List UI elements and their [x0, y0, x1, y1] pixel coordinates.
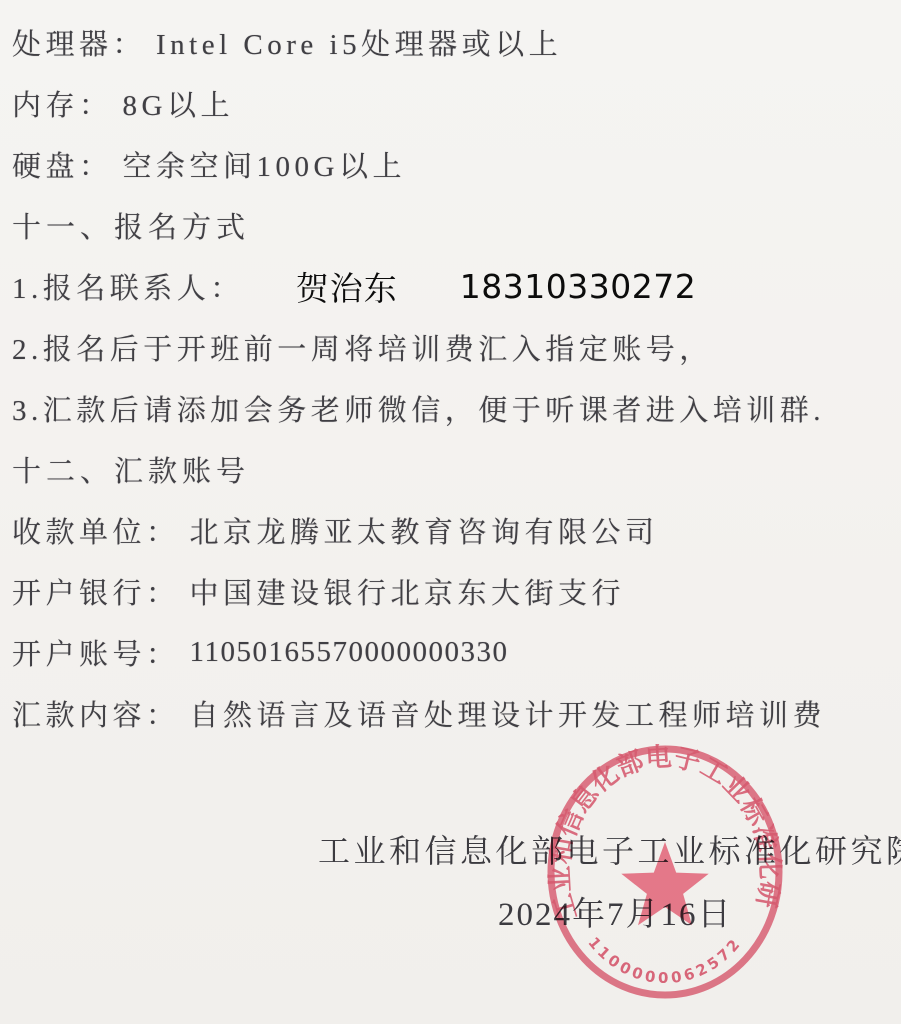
account-line: 开户账号： 11050165570000000330	[12, 622, 901, 683]
account-label: 开户账号：	[12, 632, 180, 673]
spec-value-processor: Intel Core i5处理器或以上	[156, 22, 562, 63]
scanned-document-page: 处理器： Intel Core i5处理器或以上 内存： 8G以上 硬盘： 空余…	[0, 0, 901, 1024]
contact-name: 贺治东	[296, 263, 398, 310]
contact-label: 1.报名联系人：	[12, 266, 244, 307]
account-number: 11050165570000000330	[190, 636, 509, 669]
document-body: 处理器： Intel Core i5处理器或以上 内存： 8G以上 硬盘： 空余…	[12, 12, 901, 744]
payee-line: 收款单位： 北京龙腾亚太教育咨询有限公司	[12, 500, 901, 561]
spec-label-disk: 硬盘：	[12, 144, 113, 185]
bank-label: 开户银行：	[12, 571, 180, 612]
spec-line-memory: 内存： 8G以上	[12, 73, 901, 134]
spec-line-disk: 硬盘： 空余空间100G以上	[12, 134, 901, 195]
registration-item-3: 3.汇款后请添加会务老师微信，便于听课者进入培训群.	[12, 378, 901, 439]
spec-value-memory: 8G以上	[123, 83, 234, 124]
seal-star-icon	[621, 842, 708, 925]
registration-item-2: 2.报名后于开班前一周将培训费汇入指定账号，	[12, 317, 901, 378]
section-heading-registration: 十一、报名方式	[12, 195, 901, 256]
official-seal-stamp: 工业和信息化部电子工业标准化研究院 1100000062572	[525, 723, 805, 1023]
spec-line-processor: 处理器： Intel Core i5处理器或以上	[12, 12, 901, 73]
spec-value-disk: 空余空间100G以上	[123, 144, 406, 185]
contact-phone: 18310330272	[460, 267, 696, 306]
bank-line: 开户银行： 中国建设银行北京东大街支行	[12, 561, 901, 622]
payee-value: 北京龙腾亚太教育咨询有限公司	[190, 510, 659, 551]
section-heading-remittance: 十二、汇款账号	[12, 439, 901, 500]
bank-value: 中国建设银行北京东大街支行	[190, 571, 626, 612]
purpose-label: 汇款内容：	[12, 693, 180, 734]
spec-label-memory: 内存：	[12, 83, 113, 124]
spec-label-processor: 处理器：	[12, 22, 146, 63]
payee-label: 收款单位：	[12, 510, 180, 551]
contact-line: 1.报名联系人： 贺治东 18310330272	[12, 256, 901, 317]
